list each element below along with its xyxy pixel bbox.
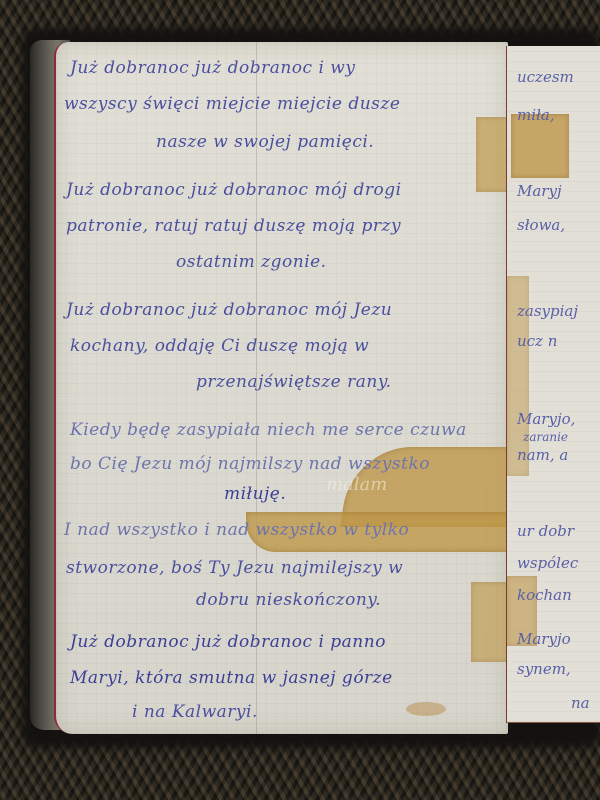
right-fragment: synem, bbox=[517, 660, 571, 678]
stanza-2-line-2: patronie, ratuj ratuj duszę moją przy bbox=[66, 216, 401, 236]
tape-patch bbox=[476, 117, 508, 192]
right-fragment: Maryjo, bbox=[517, 410, 575, 428]
stanza-4-line-2: bo Cię Jezu mój najmilszy nad wszystko bbox=[70, 454, 430, 474]
stanza-1-line-1: Już dobranoc już dobranoc i wy bbox=[70, 58, 355, 78]
stanza-5-line-2: stworzone, boś Ty Jezu najmilejszy w bbox=[66, 558, 403, 578]
paper-stain bbox=[406, 702, 446, 716]
right-fragment: wspólec bbox=[517, 554, 578, 572]
right-fragment: zasypiaj bbox=[517, 302, 578, 320]
stanza-2-line-3: ostatnim zgonie. bbox=[176, 252, 327, 272]
stanza-2-line-1: Już dobranoc już dobranoc mój drogi bbox=[66, 180, 402, 200]
stanza-5-line-3: dobru nieskończony. bbox=[196, 590, 381, 610]
stanza-5-line-1: I nad wszystko i nad wszystko w tylko bbox=[64, 520, 409, 540]
right-fragment: Maryjo bbox=[517, 630, 571, 648]
stanza-1-line-2: wszyscy święci miejcie miejcie dusze bbox=[64, 94, 400, 114]
tape-patch bbox=[471, 582, 508, 662]
stanza-1-line-3: nasze w swojej pamięci. bbox=[156, 132, 374, 152]
stanza-4-line-3: miłuję. bbox=[224, 484, 286, 504]
right-fragment: kochan bbox=[517, 586, 572, 604]
right-fragment: ur dobr bbox=[517, 522, 574, 540]
right-notebook-page: uczesm miła, Maryj słowa, zasypiaj ucz n… bbox=[506, 46, 600, 723]
stanza-6-line-1: Już dobranoc już dobranoc i panno bbox=[70, 632, 386, 652]
stanza-3-line-1: Już dobranoc już dobranoc mój Jezu bbox=[66, 300, 392, 320]
bleed-through-text: malam bbox=[326, 474, 387, 495]
stanza-3-line-2: kochany, oddaję Ci duszę moją w bbox=[70, 336, 369, 356]
right-fragment: nam, a bbox=[517, 446, 568, 464]
right-fragment: ucz n bbox=[517, 332, 557, 350]
stanza-6-line-3: i na Kalwaryi. bbox=[132, 702, 258, 722]
stanza-6-line-2: Maryi, która smutna w jasnej górze bbox=[70, 668, 393, 688]
stanza-3-line-3: przenajświętsze rany. bbox=[196, 372, 392, 392]
stanza-4-line-1: Kiedy będę zasypiała niech me serce czuw… bbox=[70, 420, 467, 440]
left-notebook-page: malam Już dobranoc już dobranoc i wy wsz… bbox=[54, 42, 508, 734]
right-fragment: na bbox=[571, 694, 590, 712]
right-fragment: zaranie bbox=[523, 430, 568, 444]
right-fragment: Maryj bbox=[517, 182, 562, 200]
right-fragment: słowa, bbox=[517, 216, 565, 234]
right-fragment: miła, bbox=[517, 106, 555, 124]
right-fragment: uczesm bbox=[517, 68, 574, 86]
